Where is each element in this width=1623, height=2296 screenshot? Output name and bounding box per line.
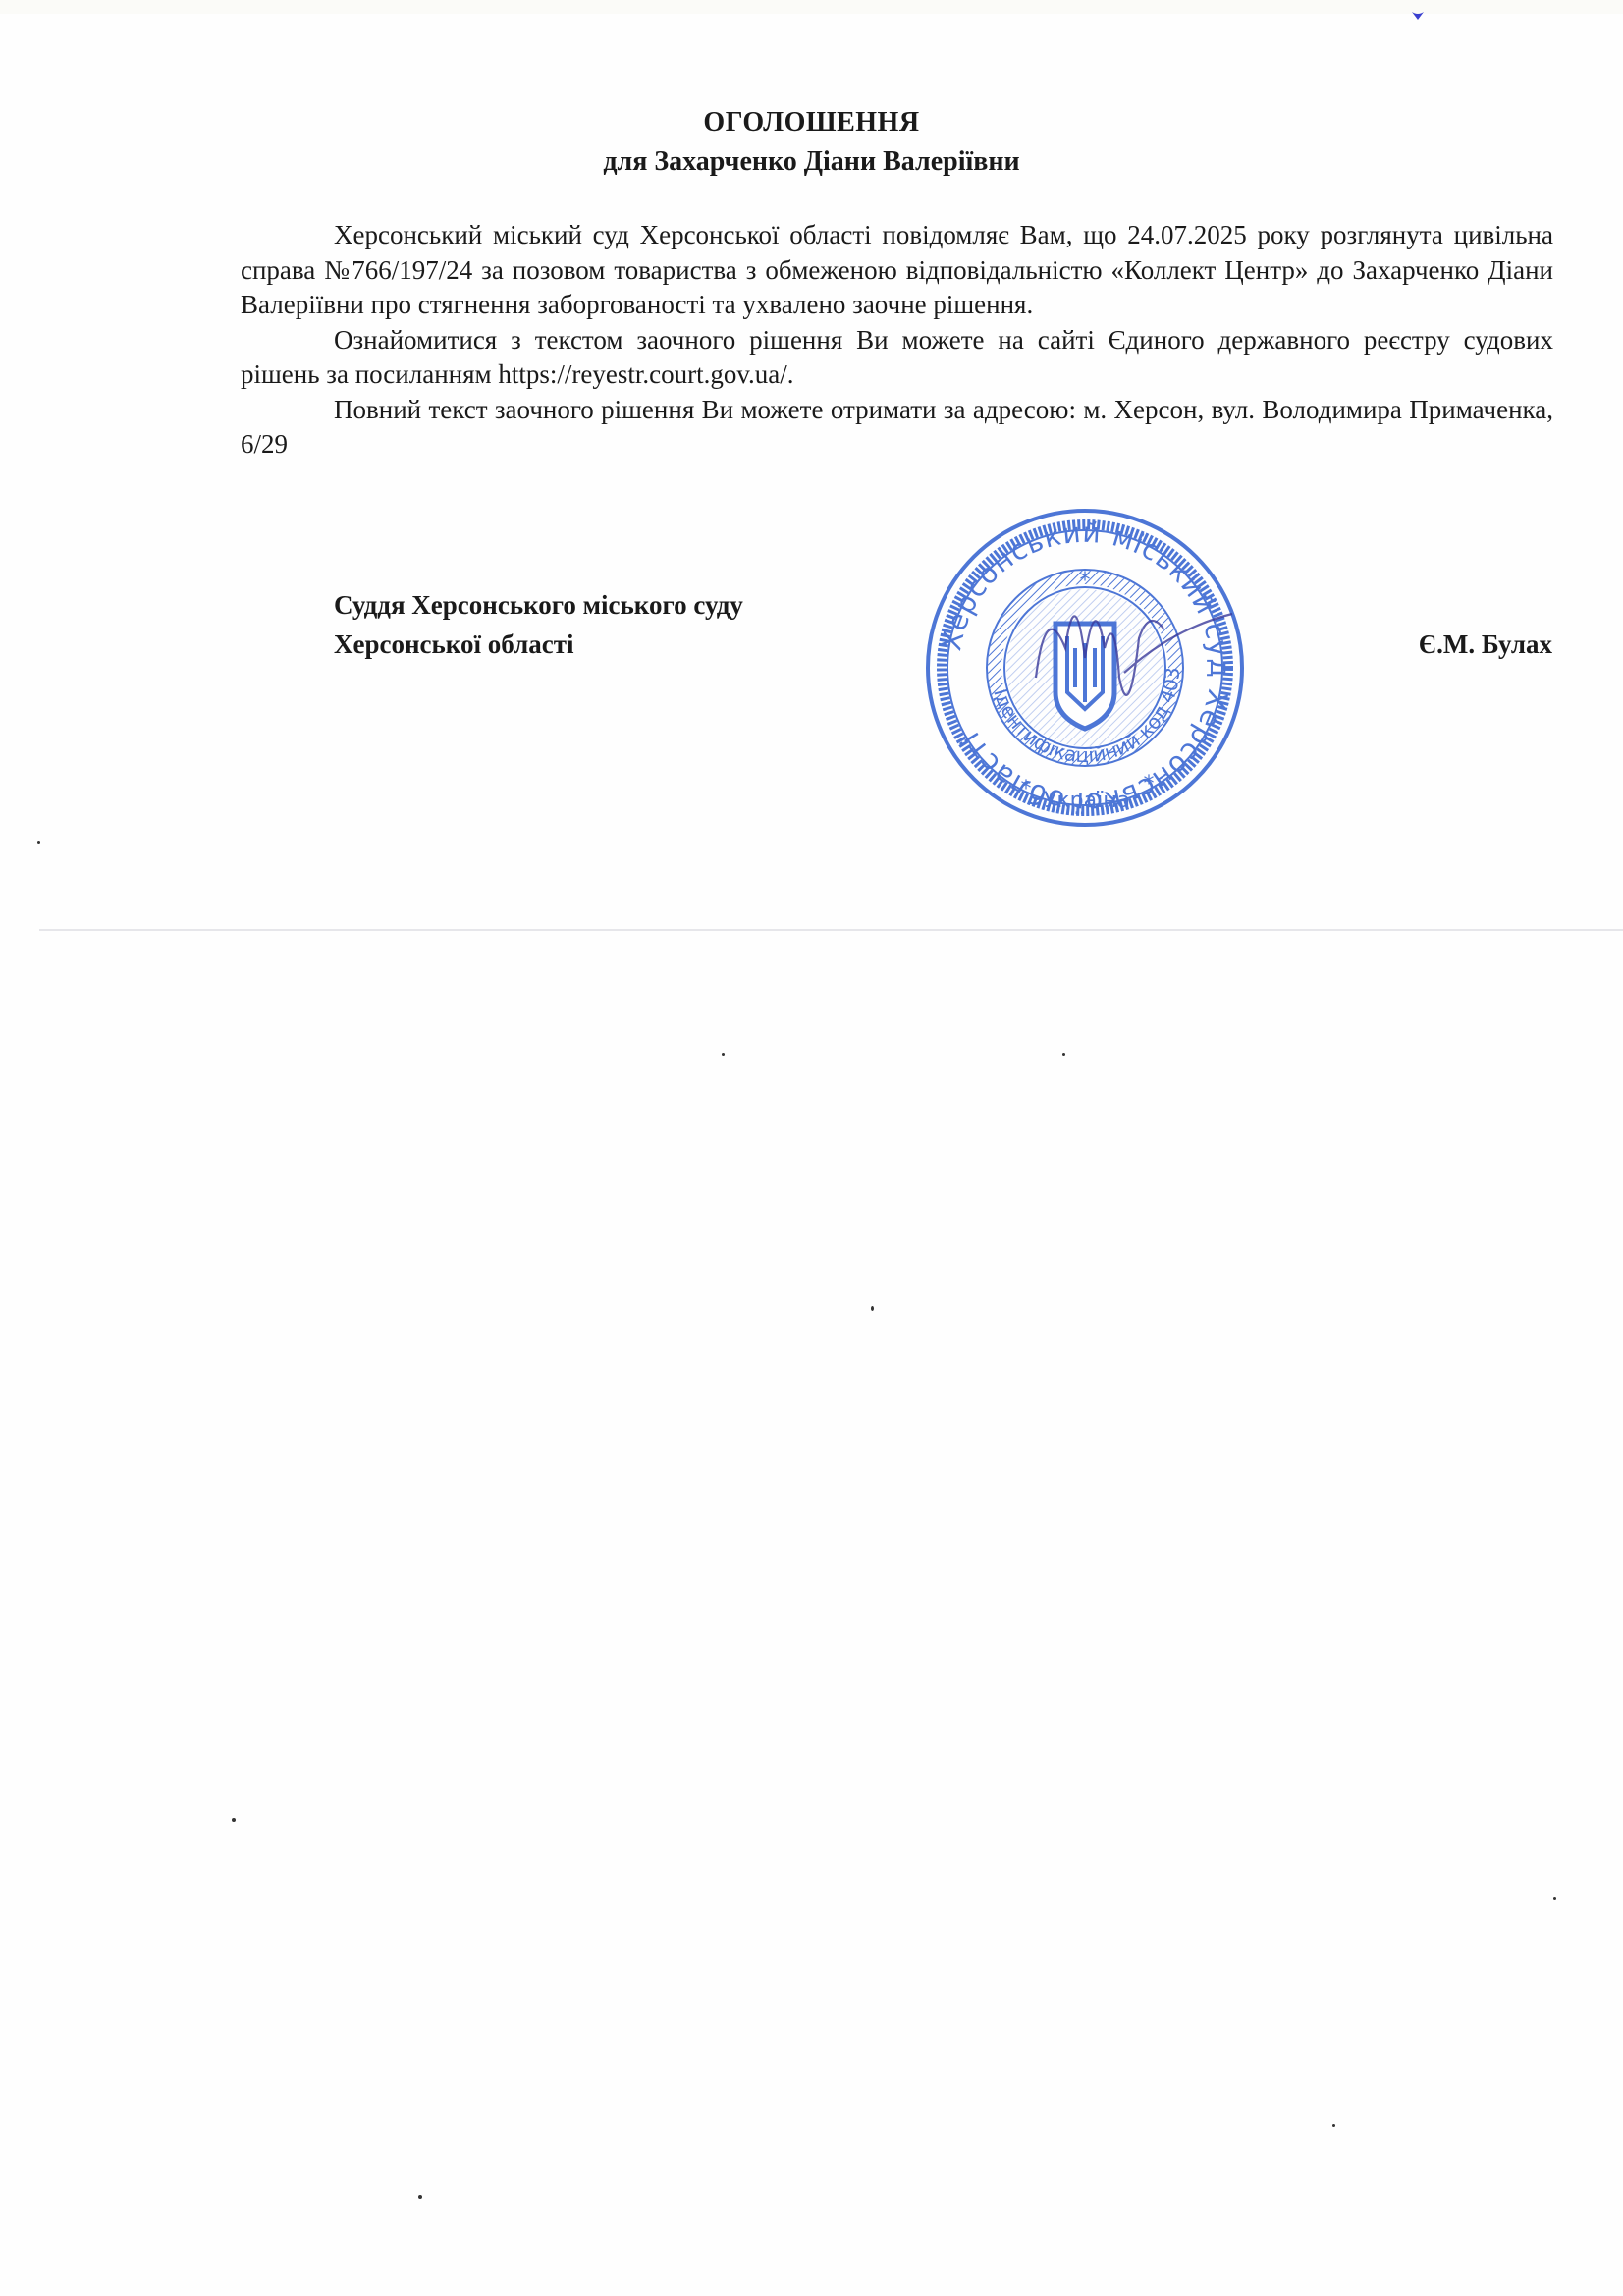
ink-mark-icon xyxy=(1410,10,1426,22)
scan-edge xyxy=(0,0,1623,14)
document-body: Херсонський міський суд Херсонської обла… xyxy=(241,218,1553,463)
scan-speck xyxy=(418,2195,422,2199)
header: ОГОЛОШЕННЯ для Захарченко Діани Валеріїв… xyxy=(0,103,1623,182)
paragraph-address: Повний текст заочного рішення Ви можете … xyxy=(241,393,1553,463)
svg-text:Україна: Україна xyxy=(1044,789,1130,813)
scan-speck xyxy=(722,1053,725,1056)
svg-text:*: * xyxy=(1021,777,1032,801)
scan-speck xyxy=(1062,1053,1065,1056)
signature-position-line1: Суддя Херсонського міського суду xyxy=(334,585,743,625)
document-page: ОГОЛОШЕННЯ для Захарченко Діани Валеріїв… xyxy=(0,0,1623,2296)
document-subtitle: для Захарченко Діани Валеріївни xyxy=(0,142,1623,182)
svg-text:*: * xyxy=(1144,772,1155,796)
scan-speck xyxy=(871,1306,874,1311)
scan-artifact-line xyxy=(39,929,1623,931)
paragraph-registry: Ознайомитися з текстом заочного рішення … xyxy=(241,323,1553,393)
signature-position: Суддя Херсонського міського суду Херсонс… xyxy=(334,585,743,664)
scan-speck xyxy=(1332,2124,1335,2127)
paragraph-notice: Херсонський міський суд Херсонської обла… xyxy=(241,218,1553,323)
svg-text:*: * xyxy=(1080,569,1091,593)
signature-position-line2: Херсонської області xyxy=(334,625,743,664)
scan-speck xyxy=(232,1818,236,1822)
scan-speck xyxy=(1553,1897,1556,1900)
scan-speck xyxy=(37,841,40,844)
document-title: ОГОЛОШЕННЯ xyxy=(0,103,1623,142)
judge-name: Є.М. Булах xyxy=(1419,625,1552,664)
court-seal-icon: Херсонський міський суд Херсонської обла… xyxy=(918,501,1252,835)
